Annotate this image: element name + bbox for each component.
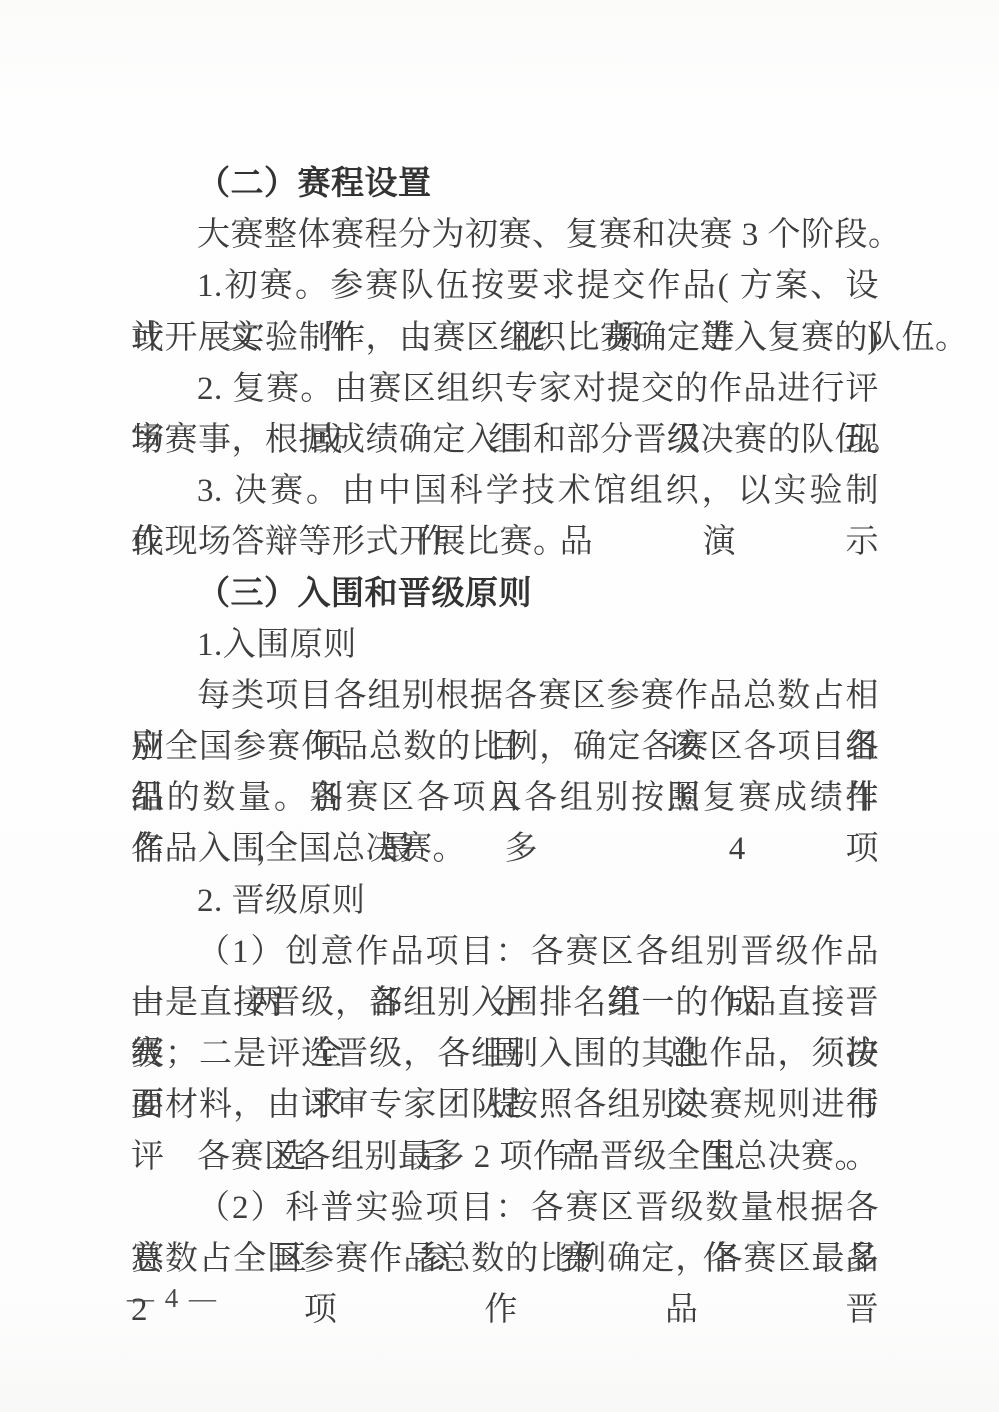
paragraph-line: （2）科普实验项目：各赛区晋级数量根据各赛区参赛作品: [131, 1183, 879, 1234]
paragraph-line: 3. 决赛。由中国科学技术馆组织，以实验制作、作品演示: [131, 466, 879, 517]
paragraph-line: 各赛区各组别最多 2 项作品晋级全国总决赛。: [131, 1132, 879, 1183]
paragraph-line: 总数占全国参赛作品总数的比例确定，各赛区最多 2 项作品晋: [131, 1234, 879, 1285]
page-number: — 4 —: [127, 1281, 218, 1315]
paragraph-line: 1.入围原则: [131, 620, 879, 671]
document-body: （二）赛程设置 大赛整体赛程分为初赛、复赛和决赛 3 个阶段。 1.初赛。参赛队…: [131, 159, 879, 1285]
paragraph-line: 2. 晋级原则: [131, 876, 879, 927]
paragraph-line: （1）创意作品项目：各赛区各组别晋级作品由两部分组成：: [131, 927, 879, 978]
section-heading-2: （二）赛程设置: [131, 159, 879, 210]
paragraph-line: 每类项目各组别根据各赛区参赛作品总数占相应项目该组: [131, 671, 879, 722]
paragraph-line: 赛；二是评选晋级，各组别入围的其他作品，须按要求提交书: [131, 1029, 879, 1080]
paragraph-line: 品的数量。各赛区各项目各组别按照复赛成绩排名，最多 4 项: [131, 773, 879, 824]
paragraph-line: 1.初赛。参赛队伍按要求提交作品( 方案、设计文件、视频等 ): [131, 261, 879, 312]
section-heading-3: （三）入围和晋级原则: [131, 569, 879, 620]
document-page: （二）赛程设置 大赛整体赛程分为初赛、复赛和决赛 3 个阶段。 1.初赛。参赛队…: [0, 0, 999, 1412]
paragraph-line: 面材料，由评审专家团队按照各组别决赛规则进行评选后产生。: [131, 1080, 879, 1131]
paragraph-line: 别全国参赛作品总数的比例，确定各赛区各项目各组别入围作: [131, 722, 879, 773]
paragraph-line: 场赛事，根据成绩确定入围和部分晋级决赛的队伍。: [131, 415, 879, 466]
paragraph-line: 2. 复赛。由赛区组织专家对提交的作品进行评审或组织现: [131, 364, 879, 415]
paragraph-line: 或开展实验制作，由赛区组织比赛确定进入复赛的队伍。: [131, 313, 879, 364]
paragraph-line: 大赛整体赛程分为初赛、复赛和决赛 3 个阶段。: [131, 210, 879, 261]
paragraph-line: 一是直接晋级，各组别入围排名第一的作品直接晋级全国总决: [131, 978, 879, 1029]
